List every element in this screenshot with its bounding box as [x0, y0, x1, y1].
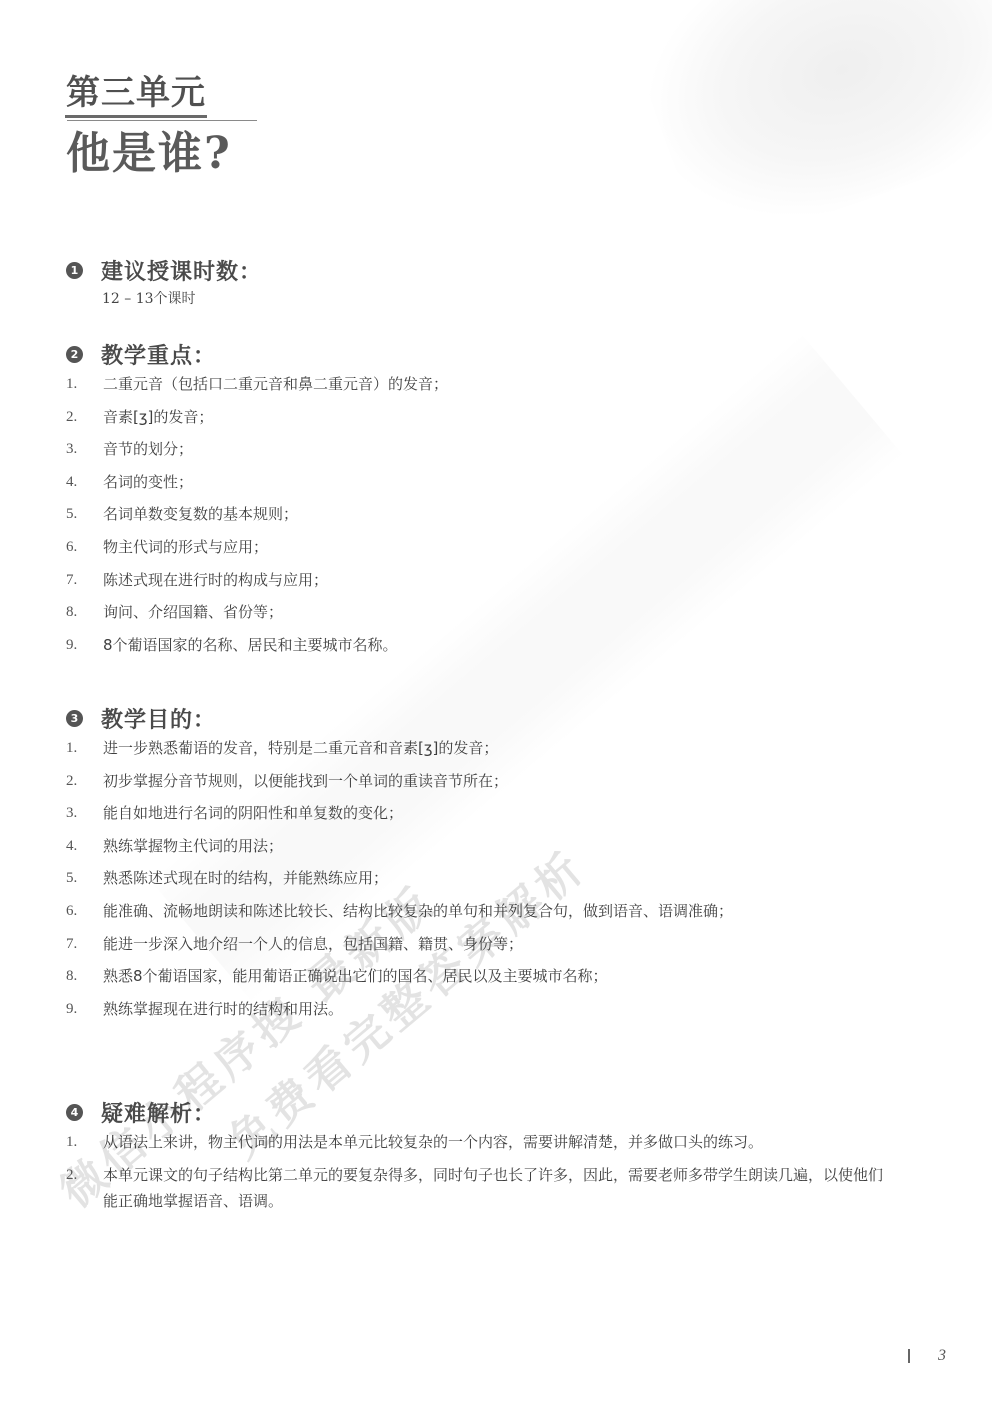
list-item: 7.能进一步深入地介绍一个人的信息，包括国籍、籍贯、身份等； — [66, 931, 896, 957]
section-teaching-focus: 2 教学重点： 1.二重元音（包括口二重元音和鼻二重元音）的发音； 2.音素[ʒ… — [66, 340, 896, 664]
list-item: 1.二重元音（包括口二重元音和鼻二重元音）的发音； — [66, 371, 896, 397]
list-item: 2.音素[ʒ]的发音； — [66, 404, 896, 430]
objectives-list: 1.进一步熟悉葡语的发音，特别是二重元音和音素[ʒ]的发音； 2.初步掌握分音节… — [66, 735, 896, 1022]
section-number-badge: 1 — [66, 262, 83, 279]
list-item: 4.名词的变性； — [66, 469, 896, 495]
suggested-hours-value: 12 – 13个课时 — [102, 288, 896, 308]
section-title: 教学重点： — [101, 339, 216, 370]
section-heading: 2 教学重点： — [66, 340, 896, 368]
section-number-badge: 2 — [66, 346, 83, 363]
section-title: 教学目的： — [101, 703, 216, 734]
list-item: 4.熟练掌握物主代词的用法； — [66, 833, 896, 859]
list-item: 7.陈述式现在进行时的构成与应用； — [66, 567, 896, 593]
list-item: 2.初步掌握分音节规则，以便能找到一个单词的重读音节所在； — [66, 768, 896, 794]
section-heading: 3 教学目的： — [66, 704, 896, 732]
list-item: 6.物主代词的形式与应用； — [66, 534, 896, 560]
list-item: 8.熟悉8个葡语国家，能用葡语正确说出它们的国名、居民以及主要城市名称； — [66, 963, 896, 989]
section-teaching-objectives: 3 教学目的： 1.进一步熟悉葡语的发音，特别是二重元音和音素[ʒ]的发音； 2… — [66, 704, 896, 1028]
section-number-badge: 4 — [66, 1104, 83, 1121]
list-item: 3.音节的划分； — [66, 436, 896, 462]
list-item: 2.本单元课文的句子结构比第二单元的要复杂得多，同时句子也长了许多，因此，需要老… — [66, 1162, 896, 1214]
focus-list: 1.二重元音（包括口二重元音和鼻二重元音）的发音； 2.音素[ʒ]的发音； 3.… — [66, 371, 896, 658]
list-item: 5.名词单数变复数的基本规则； — [66, 501, 896, 527]
section-title: 疑难解析： — [101, 1097, 216, 1128]
footer-divider — [908, 1349, 910, 1363]
page-number: 3 — [938, 1347, 946, 1365]
page-shadow — [619, 0, 992, 257]
title-rule-thick — [65, 115, 207, 118]
section-suggested-hours: 1 建议授课时数： 12 – 13个课时 — [66, 256, 896, 308]
list-item: 9.熟练掌握现在进行时的结构和用法。 — [66, 996, 896, 1022]
section-title: 建议授课时数： — [101, 255, 262, 286]
unit-label: 第三单元 — [66, 74, 206, 112]
unit-title: 他是谁? — [66, 128, 232, 180]
section-heading: 1 建议授课时数： — [66, 256, 896, 284]
list-item: 8.询问、介绍国籍、省份等； — [66, 599, 896, 625]
list-item: 5.熟悉陈述式现在时的结构，并能熟练应用； — [66, 865, 896, 891]
list-item: 3.能自如地进行名词的阴阳性和单复数的变化； — [66, 800, 896, 826]
section-number-badge: 3 — [66, 710, 83, 727]
list-item: 6.能准确、流畅地朗读和陈述比较长、结构比较复杂的单句和并列复合句，做到语音、语… — [66, 898, 896, 924]
title-rule-thin — [67, 120, 257, 121]
difficulty-list: 1.从语法上来讲，物主代词的用法是本单元比较复杂的一个内容，需要讲解清楚，并多做… — [66, 1129, 896, 1214]
list-item: 9.8个葡语国家的名称、居民和主要城市名称。 — [66, 632, 896, 658]
section-heading: 4 疑难解析： — [66, 1098, 896, 1126]
list-item: 1.进一步熟悉葡语的发音，特别是二重元音和音素[ʒ]的发音； — [66, 735, 896, 761]
section-difficulty-analysis: 4 疑难解析： 1.从语法上来讲，物主代词的用法是本单元比较复杂的一个内容，需要… — [66, 1098, 896, 1220]
list-item: 1.从语法上来讲，物主代词的用法是本单元比较复杂的一个内容，需要讲解清楚，并多做… — [66, 1129, 896, 1155]
